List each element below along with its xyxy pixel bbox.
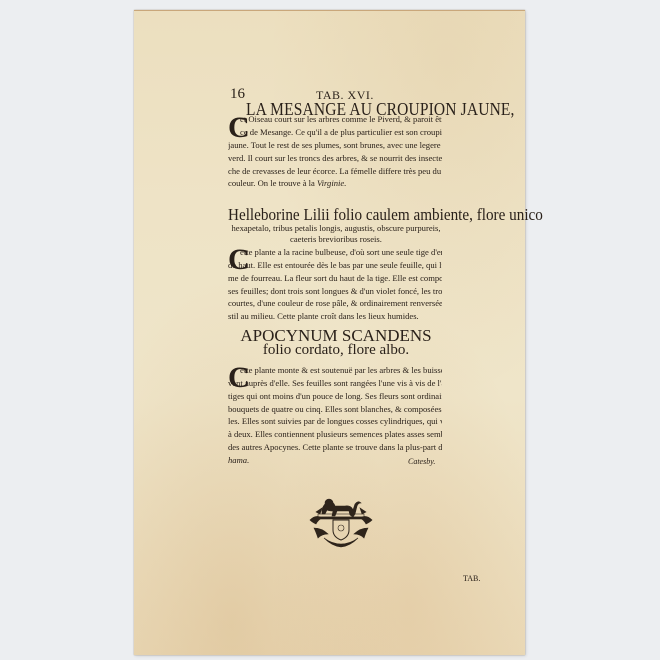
text-line: jaune. Tout le rest de ses plumes, sont … [228,139,442,152]
section3-paragraph: vent auprès d'elle. Ses feuilles sont ra… [228,377,442,467]
section1-paragraph-second: ce de Mesange. Ce qu'il a de plus partic… [240,126,442,139]
text-line: des autres Apocynes. Cette plante se tro… [228,441,442,454]
text-line: verd. Il court sur les troncs des arbres… [228,152,442,165]
text-line: à deux. Elles contiennent plusieurs seme… [228,428,442,441]
catchword: TAB. [463,574,480,583]
section1-paragraph: jaune. Tout le rest de ses plumes, sont … [228,139,442,190]
section2-paragraph: de haut. Elle est entourée dès le bas pa… [228,259,442,323]
section3-subtitle: folio cordato, flore albo. [228,342,444,359]
text-line: tiges qui ont moins d'un pouce de long. … [228,390,442,403]
author-signature: Catesby. [408,457,435,466]
page-number: 16 [230,86,245,103]
text-line: ce de Mesange. Ce qu'il a de plus partic… [240,126,442,139]
section1-paragraph-first: et Oiseau court sur les arbres comme le … [240,113,442,126]
text-line: ses feuilles; dont trois sont longues & … [228,285,442,298]
text-line: ette plante monte & est soutenuë par les… [240,364,442,377]
subtitle-line: caeteris brevioribus roseis. [228,234,444,245]
text-line: stil au milieu. Cette plante croît dans … [228,310,442,323]
text-line-content: couleur. On le trouve à la [228,178,315,188]
text-line: me de fourreau. La fleur sort du haut de… [228,272,442,285]
text-line: les. Elles sont suivies par de longues c… [228,415,442,428]
text-line: che de crevasses de leur écorce. La féme… [228,165,442,178]
text-line: bouquets de quatre ou cinq. Elles sont b… [228,403,442,416]
section3-paragraph-first: ette plante monte & est soutenuë par les… [240,364,442,377]
section2-paragraph-first: ette plante a la racine bulbeuse, d'où s… [240,246,442,259]
lion-crest-vignette-icon [300,490,382,550]
text-line-content: des autres Apocynes. Cette plante se tro… [228,442,442,452]
text-line: ette plante a la racine bulbeuse, d'où s… [240,246,442,259]
text-line: et Oiseau court sur les arbres comme le … [240,113,442,126]
section2-title: Helleborine Lilii folio caulem ambiente,… [228,205,427,225]
place-name: hama. [228,455,249,465]
text-line: couleur. On le trouve à la Virginie. [228,177,442,190]
subtitle-line: hexapetalo, tribus petalis longis, augus… [228,223,444,234]
place-name: Virginie. [317,178,346,188]
text-line: courtes, d'une couleur de rose pâle, & o… [228,297,442,310]
text-line: vent auprès d'elle. Ses feuilles sont ra… [228,377,442,390]
section2-subtitle: hexapetalo, tribus petalis longis, augus… [228,223,444,244]
text-line: de haut. Elle est entourée dès le bas pa… [228,259,442,272]
